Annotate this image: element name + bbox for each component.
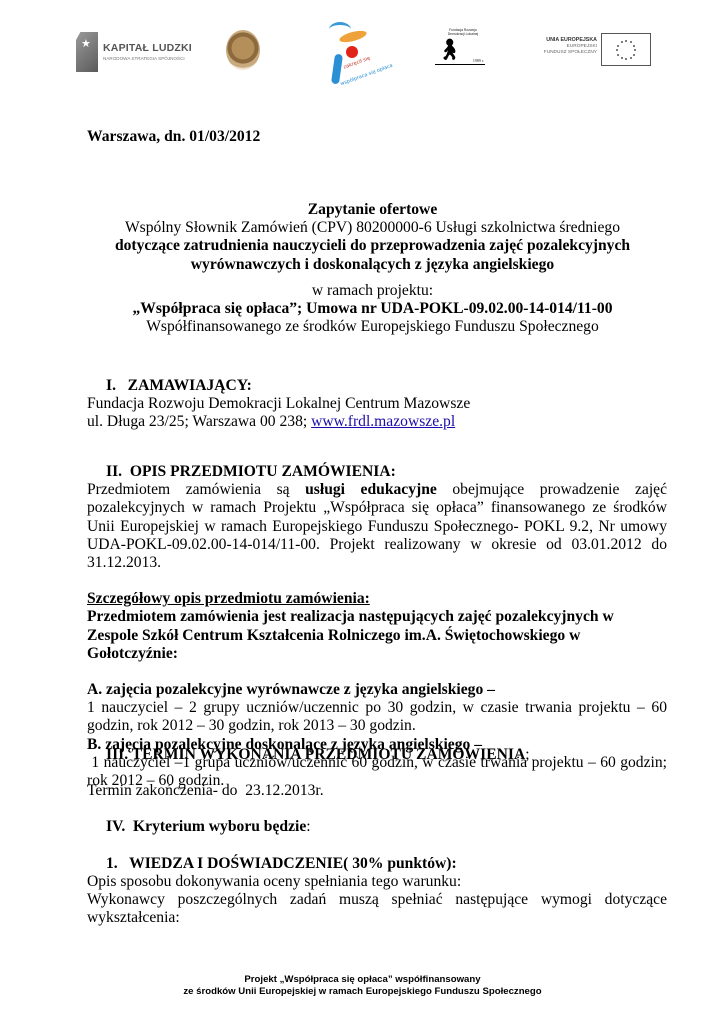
eu-logo-line-2: FUNDUSZ SPOŁECZNY [544,50,597,56]
section-opis-przedmiotu: II. OPIS PRZEDMIOTU ZAMÓWIENIA: Przedmio… [87,463,667,790]
wspolpraca-logo-text: zakręcił się [343,55,371,70]
section-3-heading-text: III. TERMIN WYKONANIA PRZEDMIOTU ZAMÓWIE… [106,746,525,763]
kapital-ludzki-subtitle: NARODOWA STRATEGIA SPÓJNOŚCI [103,56,185,61]
eu-stars-icon [614,39,638,61]
organization-address: ul. Długa 23/25; Warszawa 00 238; www.fr… [87,413,667,431]
section-4-heading-text: IV. Kryterium wyboru będzie [106,818,306,835]
item-a-text: 1 nauczyciel – 2 grupy uczniów/uczennic … [87,699,667,735]
walking-figure-icon: 🚶︎ [437,37,462,61]
subject-line-2: wyrównawczych i doskonalących z języka a… [80,256,665,274]
frdl-baseline [435,64,485,65]
school-seal-logo [226,30,260,70]
section-zamawiajacy: I. ZAMAWIAJĄCY: Fundacja Rozwoju Demokra… [87,377,667,432]
eu-logo-title: UNIA EUROPEJSKA [546,37,597,43]
project-intro: w ramach projektu: [80,282,665,300]
termin-text: Termin zakończenia- do 23.12.2013r. [87,782,667,800]
paragraph-text: Przedmiotem zamówienia są [87,481,305,498]
detail-text: Przedmiotem zamówienia jest realizacja n… [87,608,667,663]
kapital-ludzki-title: KAPITAŁ LUDZKI [103,43,192,54]
paragraph-bold-text: usługi edukacyjne [305,481,437,498]
section-4-heading: IV. Kryterium wyboru będzie: [87,818,667,836]
eu-logo: UNIA EUROPEJSKA EUROPEJSKI FUNDUSZ SPOŁE… [541,33,653,65]
project-block: w ramach projektu: „Współpraca się opłac… [80,282,665,337]
logo-bar: ★ KAPITAŁ LUDZKI NARODOWA STRATEGIA SPÓJ… [0,14,725,94]
eu-logo-subtitle: EUROPEJSKI FUNDUSZ SPOŁECZNY [544,44,597,56]
subject-line-1: dotyczące zatrudnienia nauczycieli do pr… [80,237,665,255]
website-link[interactable]: www.frdl.mazowsze.pl [311,413,455,430]
criterion-1-heading: 1. WIEDZA I DOŚWIADCZENIE( 30% punktów): [87,855,667,873]
wspolpraca-project-logo: zakręcił się współpraca się opłaca [325,20,385,88]
section-3-heading-suffix: ; [525,746,529,763]
item-a-heading: A. zajęcia pozalekcyjne wyrównawcze z ję… [87,681,667,699]
frdl-logo: Fundacja Rozwoju Demokracji Lokalnej 🚶︎ … [435,28,485,70]
project-name: „Współpraca się opłaca”; Umowa nr UDA-PO… [80,300,665,318]
section-4-heading-suffix: : [306,818,310,835]
section-2-paragraph: Przedmiotem zamówienia są usługi edukacy… [87,481,667,572]
page-footer: Projekt „Współpraca się opłaca” współfin… [0,974,725,998]
frdl-logo-text: Fundacja Rozwoju Demokracji Lokalnej [443,28,483,36]
star-icon: ★ [81,38,91,49]
kapital-ludzki-flag-icon: ★ [76,32,98,72]
address-text: ul. Długa 23/25; Warszawa 00 238; [87,413,311,430]
kapital-ludzki-logo: ★ KAPITAŁ LUDZKI NARODOWA STRATEGIA SPÓJ… [76,32,206,72]
apple-icon [346,46,358,58]
section-termin: III. TERMIN WYKONANIA PRZEDMIOTU ZAMÓWIE… [87,746,667,927]
section-1-heading: I. ZAMAWIAJĄCY: [87,377,667,395]
section-3-heading: III. TERMIN WYKONANIA PRZEDMIOTU ZAMÓWIE… [87,746,667,764]
criterion-1-line-2: Wykonawcy poszczególnych zadań muszą spe… [87,891,667,927]
footer-line-2: ze środków Unii Europejskiej w ramach Eu… [0,986,725,998]
document-title-block: Zapytanie ofertowe Wspólny Słownik Zamów… [80,201,665,274]
criterion-1-line-1: Opis sposobu dokonywania oceny spełniani… [87,873,667,891]
date-line: Warszawa, dn. 01/03/2012 [87,128,260,146]
eu-flag-icon [601,33,651,66]
detail-heading: Szczegółowy opis przedmiotu zamówienia: [87,590,667,608]
cpv-line: Wspólny Słownik Zamówień (CPV) 80200000-… [80,219,665,237]
organization-name: Fundacja Rozwoju Demokracji Lokalnej Cen… [87,395,667,413]
project-cofinance: Współfinansowanego ze środków Europejski… [80,318,665,336]
section-2-heading: II. OPIS PRZEDMIOTU ZAMÓWIENIA: [87,463,667,481]
frdl-year: 1989 r. [473,58,484,63]
document-title: Zapytanie ofertowe [80,201,665,219]
footer-line-1: Projekt „Współpraca się opłaca” współfin… [0,974,725,986]
